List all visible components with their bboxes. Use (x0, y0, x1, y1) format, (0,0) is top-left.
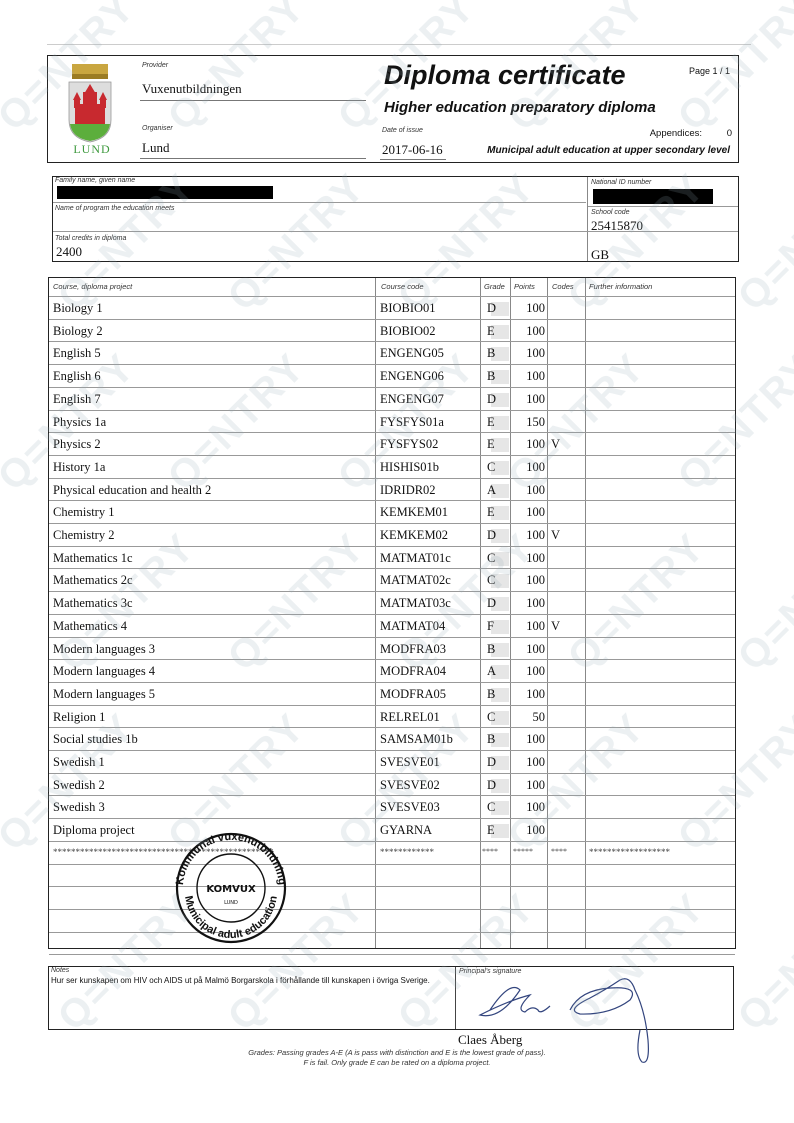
header-points: Points (514, 282, 535, 291)
row-line (49, 500, 735, 501)
course-points: 100 (511, 369, 545, 384)
course-code: MATMAT03c (380, 596, 451, 611)
row-line (49, 432, 735, 433)
document-title: Diploma certificate (384, 60, 626, 91)
course-points: 100 (511, 619, 545, 634)
course-codes: V (551, 437, 560, 452)
course-points: 150 (511, 415, 545, 430)
course-code: BIOBIO02 (380, 324, 436, 339)
row-line (49, 341, 735, 342)
filler-grade: **** (482, 847, 498, 856)
course-grade: B (487, 346, 495, 361)
row-line (49, 750, 735, 751)
credits-label: Total credits in diploma (55, 235, 126, 242)
course-points: 100 (511, 346, 545, 361)
course-points: 100 (511, 392, 545, 407)
course-grade: C (487, 800, 495, 815)
row-line (49, 546, 735, 547)
course-code: MODFRA03 (380, 642, 446, 657)
course-code: KEMKEM01 (380, 505, 448, 520)
svg-text:LUND: LUND (224, 900, 238, 906)
course-points: 100 (511, 301, 545, 316)
course-grade: D (487, 392, 496, 407)
course-grade: E (487, 437, 495, 452)
course-grade: B (487, 732, 495, 747)
header-code: Course code (381, 282, 424, 291)
course-name: Mathematics 3c (53, 596, 133, 611)
footer-line-2: F is fail. Only grade E can be rated on … (0, 1058, 794, 1068)
row-line (49, 659, 735, 660)
info-divider (587, 177, 588, 261)
course-name: Modern languages 5 (53, 687, 155, 702)
filler-codes: **** (551, 847, 567, 856)
course-grade: C (487, 573, 495, 588)
course-name: English 7 (53, 392, 101, 407)
course-name: Religion 1 (53, 710, 105, 725)
course-points: 100 (511, 755, 545, 770)
row-line (49, 410, 735, 411)
appendices-label: Appendices: (650, 128, 702, 139)
courses-table: Course, diploma project Course code Grad… (48, 277, 736, 949)
course-name: History 1a (53, 460, 105, 475)
course-name: Mathematics 2c (53, 573, 133, 588)
course-grade: C (487, 710, 495, 725)
signatory-name: Claes Åberg (458, 1032, 522, 1048)
organiser-value: Lund (142, 140, 169, 156)
course-points: 100 (511, 551, 545, 566)
filler-code: ************ (380, 847, 434, 857)
course-code: HISHIS01b (380, 460, 439, 475)
course-points: 100 (511, 437, 545, 452)
course-points: 100 (511, 573, 545, 588)
course-code: GYARNA (380, 823, 432, 838)
course-name: Biology 1 (53, 301, 103, 316)
course-name: Swedish 1 (53, 755, 105, 770)
course-code: BIOBIO01 (380, 301, 436, 316)
course-code: MATMAT04 (380, 619, 445, 634)
top-rule (47, 44, 751, 45)
course-grade: B (487, 369, 495, 384)
national-id-redacted (593, 189, 713, 204)
row-line (49, 319, 735, 320)
row-line (49, 727, 735, 728)
course-code: SVESVE01 (380, 755, 440, 770)
row-line (49, 568, 735, 569)
course-points: 50 (511, 710, 545, 725)
program-label: Name of program the education meets (55, 205, 174, 212)
course-points: 100 (511, 687, 545, 702)
watermark-text: Q=NTRY (730, 165, 794, 320)
course-name: Chemistry 2 (53, 528, 114, 543)
notes-label: Notes (51, 967, 69, 974)
course-grade: A (487, 483, 496, 498)
course-grade: D (487, 755, 496, 770)
row-line (49, 841, 735, 842)
info-row-line (53, 202, 586, 203)
provider-value: Vuxenutbildningen (142, 81, 242, 97)
national-id-label: National ID number (591, 179, 651, 186)
course-code: KEMKEM02 (380, 528, 448, 543)
course-points: 100 (511, 324, 545, 339)
course-code: MATMAT01c (380, 551, 451, 566)
notes-text: Hur ser kunskapen om HIV och AIDS ut på … (51, 976, 451, 986)
course-points: 100 (511, 778, 545, 793)
row-line (49, 523, 735, 524)
course-code: FYSFYS01a (380, 415, 444, 430)
organiser-label: Organiser (142, 125, 173, 132)
course-grade: D (487, 596, 496, 611)
row-line (49, 773, 735, 774)
header-codes: Codes (552, 282, 574, 291)
lund-coat-of-arms-icon (66, 62, 114, 144)
student-info: Family name, given name Name of program … (52, 176, 739, 262)
watermark-text: Q=NTRY (730, 885, 794, 1040)
course-name: Social studies 1b (53, 732, 138, 747)
svg-text:Kommunal vuxenutbildning: Kommunal vuxenutbildning (174, 831, 288, 886)
row-line (49, 296, 735, 297)
header-course: Course, diploma project (53, 282, 132, 291)
row-line (49, 818, 735, 819)
row-line (49, 455, 735, 456)
course-points: 100 (511, 483, 545, 498)
course-grade: A (487, 664, 496, 679)
course-codes: V (551, 528, 560, 543)
course-code: RELREL01 (380, 710, 440, 725)
svg-text:KOMVUX: KOMVUX (206, 884, 256, 895)
row-line (49, 614, 735, 615)
course-grade: F (487, 619, 494, 634)
filler-points: ***** (513, 847, 533, 856)
course-name: Chemistry 1 (53, 505, 114, 520)
course-points: 100 (511, 800, 545, 815)
course-grade: E (487, 324, 495, 339)
official-stamp-icon: Kommunal vuxenutbildning Municipal adult… (169, 826, 293, 944)
course-name: Mathematics 1c (53, 551, 133, 566)
course-code: MATMAT02c (380, 573, 451, 588)
course-code: MODFRA05 (380, 687, 446, 702)
course-name: Physics 2 (53, 437, 101, 452)
course-grade: D (487, 778, 496, 793)
document-subtitle: Higher education preparatory diploma (384, 99, 656, 116)
row-line (49, 705, 735, 706)
date-value: 2017-06-16 (382, 142, 443, 158)
course-name: Mathematics 4 (53, 619, 127, 634)
course-name: Swedish 2 (53, 778, 105, 793)
school-code-value: 25415870 (591, 218, 643, 234)
course-grade: E (487, 415, 495, 430)
appendices-value: 0 (727, 128, 732, 139)
course-name: Biology 2 (53, 324, 103, 339)
course-code: SVESVE02 (380, 778, 440, 793)
course-points: 100 (511, 460, 545, 475)
course-code: ENGENG07 (380, 392, 444, 407)
course-points: 100 (511, 823, 545, 838)
row-line (49, 364, 735, 365)
extra-code-value: GB (591, 247, 609, 263)
course-name: Modern languages 3 (53, 642, 155, 657)
row-line (49, 909, 735, 910)
course-grade: C (487, 551, 495, 566)
course-code: IDRIDR02 (380, 483, 436, 498)
course-name: English 5 (53, 346, 101, 361)
row-line (49, 954, 735, 955)
course-grade: C (487, 460, 495, 475)
course-code: ENGENG06 (380, 369, 444, 384)
course-name: Diploma project (53, 823, 135, 838)
course-name: Modern languages 4 (53, 664, 155, 679)
course-grade: B (487, 687, 495, 702)
course-name: Physical education and health 2 (53, 483, 211, 498)
filler-info: ****************** (589, 847, 670, 857)
footer-line-1: Grades: Passing grades A-E (A is pass wi… (0, 1048, 794, 1058)
course-name: Swedish 3 (53, 800, 105, 815)
header-grade: Grade (484, 282, 505, 291)
organiser-underline (140, 158, 366, 159)
course-code: MODFRA04 (380, 664, 446, 679)
course-points: 100 (511, 664, 545, 679)
row-line (49, 637, 735, 638)
name-label: Family name, given name (55, 177, 135, 184)
row-line (49, 682, 735, 683)
course-codes: V (551, 619, 560, 634)
course-points: 100 (511, 505, 545, 520)
credits-value: 2400 (56, 244, 82, 260)
course-code: ENGENG05 (380, 346, 444, 361)
course-grade: B (487, 642, 495, 657)
page-indicator: Page 1 / 1 (689, 66, 730, 76)
course-code: SVESVE03 (380, 800, 440, 815)
course-name: Physics 1a (53, 415, 106, 430)
course-name: English 6 (53, 369, 101, 384)
row-line (49, 886, 735, 887)
date-label: Date of issue (382, 127, 423, 134)
certificate-header: LUND Provider Vuxenutbildningen Organise… (47, 55, 739, 163)
info-row-line (588, 206, 738, 207)
course-points: 100 (511, 596, 545, 611)
notes-divider (455, 967, 456, 1029)
logo-text: LUND (62, 142, 122, 157)
course-code: FYSFYS02 (380, 437, 438, 452)
course-grade: E (487, 505, 495, 520)
provider-underline (140, 100, 366, 101)
course-points: 100 (511, 528, 545, 543)
education-level: Municipal adult education at upper secon… (487, 145, 730, 156)
course-grade: D (487, 528, 496, 543)
course-grade: E (487, 823, 495, 838)
date-underline (380, 159, 446, 160)
school-code-label: School code (591, 209, 630, 216)
row-line (49, 387, 735, 388)
row-line (49, 932, 735, 933)
course-code: SAMSAM01b (380, 732, 453, 747)
watermark-text: Q=NTRY (730, 525, 794, 680)
name-redacted (57, 186, 273, 199)
row-line (49, 795, 735, 796)
provider-label: Provider (142, 62, 168, 69)
course-grade: D (487, 301, 496, 316)
course-points: 100 (511, 642, 545, 657)
header-info: Further information (589, 282, 652, 291)
grading-footer: Grades: Passing grades A-E (A is pass wi… (0, 1048, 794, 1068)
row-line (49, 591, 735, 592)
course-points: 100 (511, 732, 545, 747)
row-line (49, 478, 735, 479)
row-line (49, 864, 735, 865)
